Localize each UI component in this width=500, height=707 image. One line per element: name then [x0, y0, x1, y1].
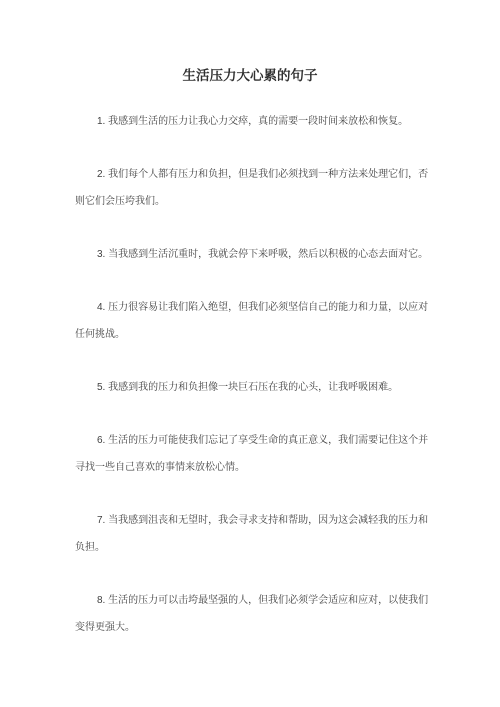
sentence-paragraph: 8. 生活的压力可以击垮最坚强的人，但我们必须学会适应和应对，以使我们变得更强大… — [75, 587, 431, 641]
sentence-paragraph: 1. 我感到生活的压力让我心力交瘁，真的需要一段时间来放松和恢复。 — [75, 108, 431, 135]
sentence-paragraph: 7. 当我感到沮丧和无望时，我会寻求支持和帮助，因为这会减轻我的压力和负担。 — [75, 507, 431, 561]
document-title: 生活压力大心累的句子 — [0, 0, 500, 86]
document-page: 生活压力大心累的句子 1. 我感到生活的压力让我心力交瘁，真的需要一段时间来放松… — [0, 0, 500, 707]
sentence-paragraph: 3. 当我感到生活沉重时，我就会停下来呼吸，然后以积极的心态去面对它。 — [75, 241, 431, 268]
paragraph-list: 1. 我感到生活的压力让我心力交瘁，真的需要一段时间来放松和恢复。2. 我们每个… — [0, 86, 500, 641]
sentence-paragraph: 6. 生活的压力可能使我们忘记了享受生命的真正意义，我们需要记住这个并寻找一些自… — [75, 427, 431, 481]
sentence-paragraph: 4. 压力很容易让我们陷入绝望，但我们必须坚信自己的能力和力量，以应对任何挑战。 — [75, 294, 431, 348]
sentence-paragraph: 5. 我感到我的压力和负担像一块巨石压在我的心头，让我呼吸困难。 — [75, 374, 431, 401]
sentence-paragraph: 2. 我们每个人都有压力和负担，但是我们必须找到一种方法来处理它们，否则它们会压… — [75, 161, 431, 215]
